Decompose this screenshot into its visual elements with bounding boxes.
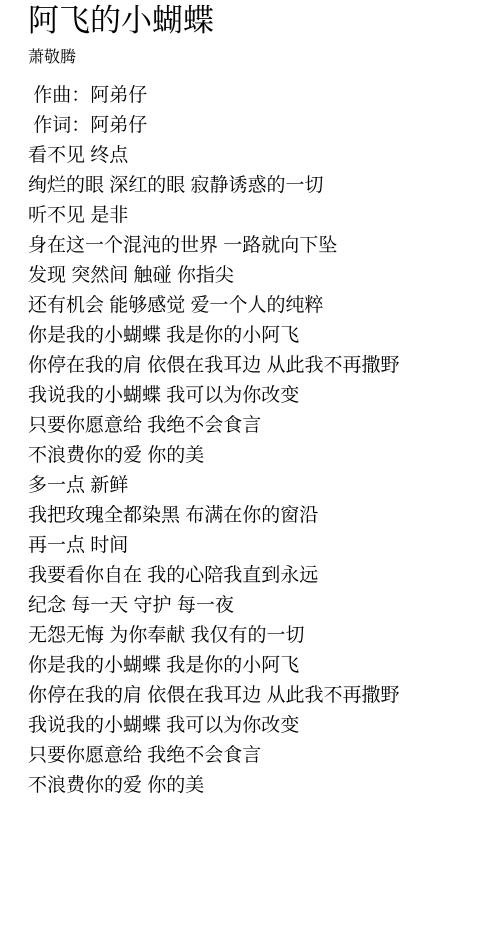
song-title: 阿飞的小蝴蝶	[28, 0, 490, 39]
lyric-line: 无怨无悔 为你奉献 我仅有的一切	[28, 621, 490, 651]
lyric-line: 你停在我的肩 依偎在我耳边 从此我不再撒野	[28, 351, 490, 381]
lyric-line: 只要你愿意给 我绝不会食言	[28, 741, 490, 771]
lyric-line: 纪念 每一天 守护 每一夜	[28, 591, 490, 621]
lyric-line: 不浪费你的爱 你的美	[28, 771, 490, 801]
lyric-line: 你停在我的肩 依偎在我耳边 从此我不再撒野	[28, 681, 490, 711]
lyrics-page: 阿飞的小蝴蝶 萧敬腾 作曲：阿弟仔 作词：阿弟仔看不见 终点绚烂的眼 深红的眼 …	[0, 0, 500, 940]
lyric-line: 看不见 终点	[28, 141, 490, 171]
lyric-line: 绚烂的眼 深红的眼 寂静诱惑的一切	[28, 171, 490, 201]
lyric-line: 再一点 时间	[28, 531, 490, 561]
credit-line: 作曲：阿弟仔	[28, 81, 490, 111]
lyric-line: 只要你愿意给 我绝不会食言	[28, 411, 490, 441]
lyric-line: 听不见 是非	[28, 201, 490, 231]
lyric-line: 还有机会 能够感觉 爱一个人的纯粹	[28, 291, 490, 321]
lyric-line: 你是我的小蝴蝶 我是你的小阿飞	[28, 651, 490, 681]
lyric-line: 我说我的小蝴蝶 我可以为你改变	[28, 711, 490, 741]
lyric-line: 多一点 新鲜	[28, 471, 490, 501]
lyrics-block: 作曲：阿弟仔 作词：阿弟仔看不见 终点绚烂的眼 深红的眼 寂静诱惑的一切听不见 …	[28, 81, 490, 801]
lyric-line: 发现 突然间 触碰 你指尖	[28, 261, 490, 291]
artist-name: 萧敬腾	[28, 48, 490, 68]
lyric-line: 不浪费你的爱 你的美	[28, 441, 490, 471]
lyric-line: 我说我的小蝴蝶 我可以为你改变	[28, 381, 490, 411]
lyric-line: 你是我的小蝴蝶 我是你的小阿飞	[28, 321, 490, 351]
credit-line: 作词：阿弟仔	[28, 111, 490, 141]
lyric-line: 身在这一个混沌的世界 一路就向下坠	[28, 231, 490, 261]
lyric-line: 我把玫瑰全都染黑 布满在你的窗沿	[28, 501, 490, 531]
lyric-line: 我要看你自在 我的心陪我直到永远	[28, 561, 490, 591]
